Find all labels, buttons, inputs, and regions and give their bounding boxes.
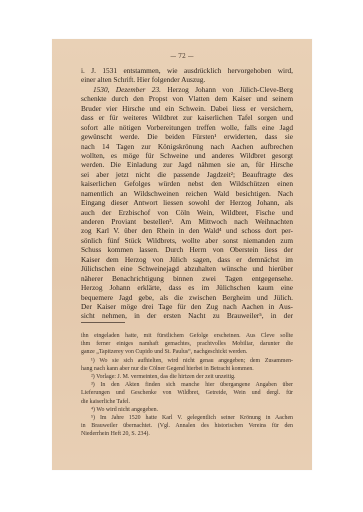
body-line: anderen Proviant bestellen³. Am Mittwoch…	[81, 217, 293, 226]
body-line: sönlich fünf Stück Wildbrets, wollte abe…	[81, 236, 293, 245]
footnote-line: Lieferungen und Geschenke von Wildbret, …	[81, 389, 293, 397]
body-line: werden. Die Einladung zur Jagd nähmen si…	[81, 160, 293, 169]
footnote-5: ⁵) Im Jahre 1520 hatte Karl V. gelegentl…	[81, 414, 293, 422]
entry-date: 1530, Dezember 23.	[93, 85, 161, 94]
body-line: einer alten Schrift. Hier folgender Ausz…	[81, 75, 293, 84]
footnote-line: ganze „Tapitzerey von Cupido und St. Pau…	[81, 348, 293, 356]
footnote-line: ihm ferner einiges namhaft gemachtes, pr…	[81, 340, 293, 348]
body-line: auch der Erzbischof von Cöln Wein, Wildb…	[81, 208, 293, 217]
body-line: Kaiser dem Herzog von Jülich sagen, dass…	[81, 255, 293, 264]
body-line: 1530, Dezember 23. Herzog Johann von Jül…	[81, 85, 293, 94]
body-line: Eingang dieser Antwort liessen sowohl de…	[81, 198, 293, 207]
footnotes: ihn eingeladen hatte, mit fürstlichem Ge…	[81, 332, 293, 438]
body-line: Jülichschen eine Schweinejagd abzuhalten…	[81, 264, 293, 273]
footnote-1: ¹) Wo sie sich aufhielten, wird nicht ge…	[81, 357, 293, 365]
body-text: i. J. 1531 entstammen, wie ausdrücklich …	[81, 66, 293, 321]
body-line: Der Kaiser möge drei Tage für den Zug na…	[81, 302, 293, 311]
body-line: gewünscht werde. Die beiden Fürsten¹ erw…	[81, 132, 293, 141]
body-line: dass er für weiteres Wildbret zur kaiser…	[81, 113, 293, 122]
body-line: Schuss kommen lassen. Durch Herrn von Ob…	[81, 245, 293, 254]
body-line: wollten, es möge für Schweine und andere…	[81, 151, 293, 160]
body-line: Herzog Johann erklärte, dass es im Jülic…	[81, 283, 293, 292]
body-line: zog Karl V. über den Rhein in den Wald⁴ …	[81, 226, 293, 235]
body-line: bequemere Jagd gebe, als die zwischen Be…	[81, 293, 293, 302]
footnote-4: ⁴) Wo wird nicht angegeben.	[81, 406, 293, 414]
body-line-text: Herzog Johann von Jülich-Cleve-Berg	[161, 85, 293, 94]
footnote-separator	[81, 322, 125, 323]
footnote-3: ³) In den Akten finden sich manche hier …	[81, 381, 293, 389]
footnote-line: Niederrhein Heft 20, S. 234).	[81, 430, 293, 438]
footnote-2: ²) Vorlage: J. M. vermeinten, das die hi…	[81, 373, 293, 381]
footnote-line: ihn eingeladen hatte, mit fürstlichem Ge…	[81, 332, 293, 340]
body-line: Bruder vier Hirsche und ein Schwein. Dab…	[81, 104, 293, 113]
footnote-line: hang nach kann aber nur die Cölner Gegen…	[81, 365, 293, 373]
book-page: — 72 — i. J. 1531 entstammen, wie ausdrü…	[52, 39, 312, 470]
body-line: sicht nehmen, in der ersten Nacht zu Bra…	[81, 311, 293, 320]
body-line: sei aber jetzt nicht die passende Jagdze…	[81, 170, 293, 179]
page-number: — 72 —	[52, 53, 312, 60]
body-line: namentlich an Wildschweinen reichen Wald…	[81, 189, 293, 198]
body-line: i. J. 1531 entstammen, wie ausdrücklich …	[81, 66, 293, 75]
body-line: schenkte durch den Propst von Vlatten de…	[81, 94, 293, 103]
body-line: näherer Benachrichtigung binnen zwei Tag…	[81, 274, 293, 283]
footnote-line: die kaiserliche Tafel.	[81, 398, 293, 406]
body-line: kaiserlichen Gefolges würden nebst den W…	[81, 179, 293, 188]
body-line: nach 14 Tagen zur Königskrönung nach Aac…	[81, 142, 293, 151]
body-line: sofort alle nötigen Vorbereitungen treff…	[81, 123, 293, 132]
footnote-line: in Brauweiler übernachtet. (Vgl. Annalen…	[81, 422, 293, 430]
